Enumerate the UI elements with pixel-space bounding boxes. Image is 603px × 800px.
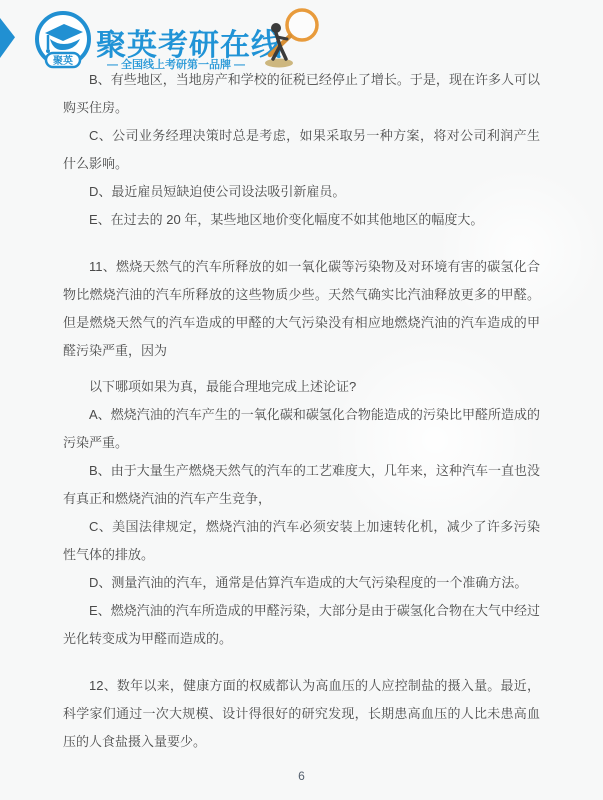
option-c-q10: C、公司业务经理决策时总是考虑，如果采取另一种方案，将对公司利润产生什么影响。	[63, 122, 540, 178]
option-d-q11: D、测量汽油的汽车，通常是估算汽车造成的大气污染程度的一个准确方法。	[63, 569, 540, 597]
option-b-q11: B、由于大量生产燃烧天然气的汽车的工艺难度大，几年来，这种汽车一直也没有真正和燃…	[63, 457, 540, 513]
question-12-stem: 12、数年以来，健康方面的权威都认为高血压的人应控制盐的摄入量。最近，科学家们通…	[63, 672, 540, 756]
option-b-q10: B、有些地区，当地房产和学校的征税已经停止了增长。于是，现在许多人可以购买住房。	[63, 66, 540, 122]
option-e-q10: E、在过去的 20 年，某些地区地价变化幅度不如其他地区的幅度大。	[63, 206, 540, 234]
option-e-q11: E、燃烧汽油的汽车所造成的甲醛污染，大部分是由于碳氢化合物在大气中经过光化转变成…	[63, 597, 540, 653]
document-page: 聚英 聚英考研在线 — 全国线上考研第一品牌 — B、有些地区，当地房产和学校的	[0, 0, 603, 800]
option-d-q10: D、最近雇员短缺迫使公司设法吸引新雇员。	[63, 178, 540, 206]
question-11-prompt: 以下哪项如果为真，最能合理地完成上述论证?	[63, 373, 540, 401]
option-a-q11: A、燃烧汽油的汽车产生的一氧化碳和碳氢化合物能造成的污染比甲醛所造成的污染严重。	[63, 401, 540, 457]
graduation-cap-icon: 聚英	[33, 9, 93, 71]
question-11-stem: 11、燃烧天然气的汽车所释放的如一氧化碳等污染物及对环境有害的碳氢化合物比燃烧汽…	[63, 253, 540, 365]
page-number: 6	[0, 769, 603, 783]
option-c-q11: C、美国法律规定，燃烧汽油的汽车必须安装上加速转化机，减少了许多污染性气体的排放…	[63, 513, 540, 569]
document-body: B、有些地区，当地房产和学校的征税已经停止了增长。于是，现在许多人可以购买住房。…	[63, 66, 540, 756]
